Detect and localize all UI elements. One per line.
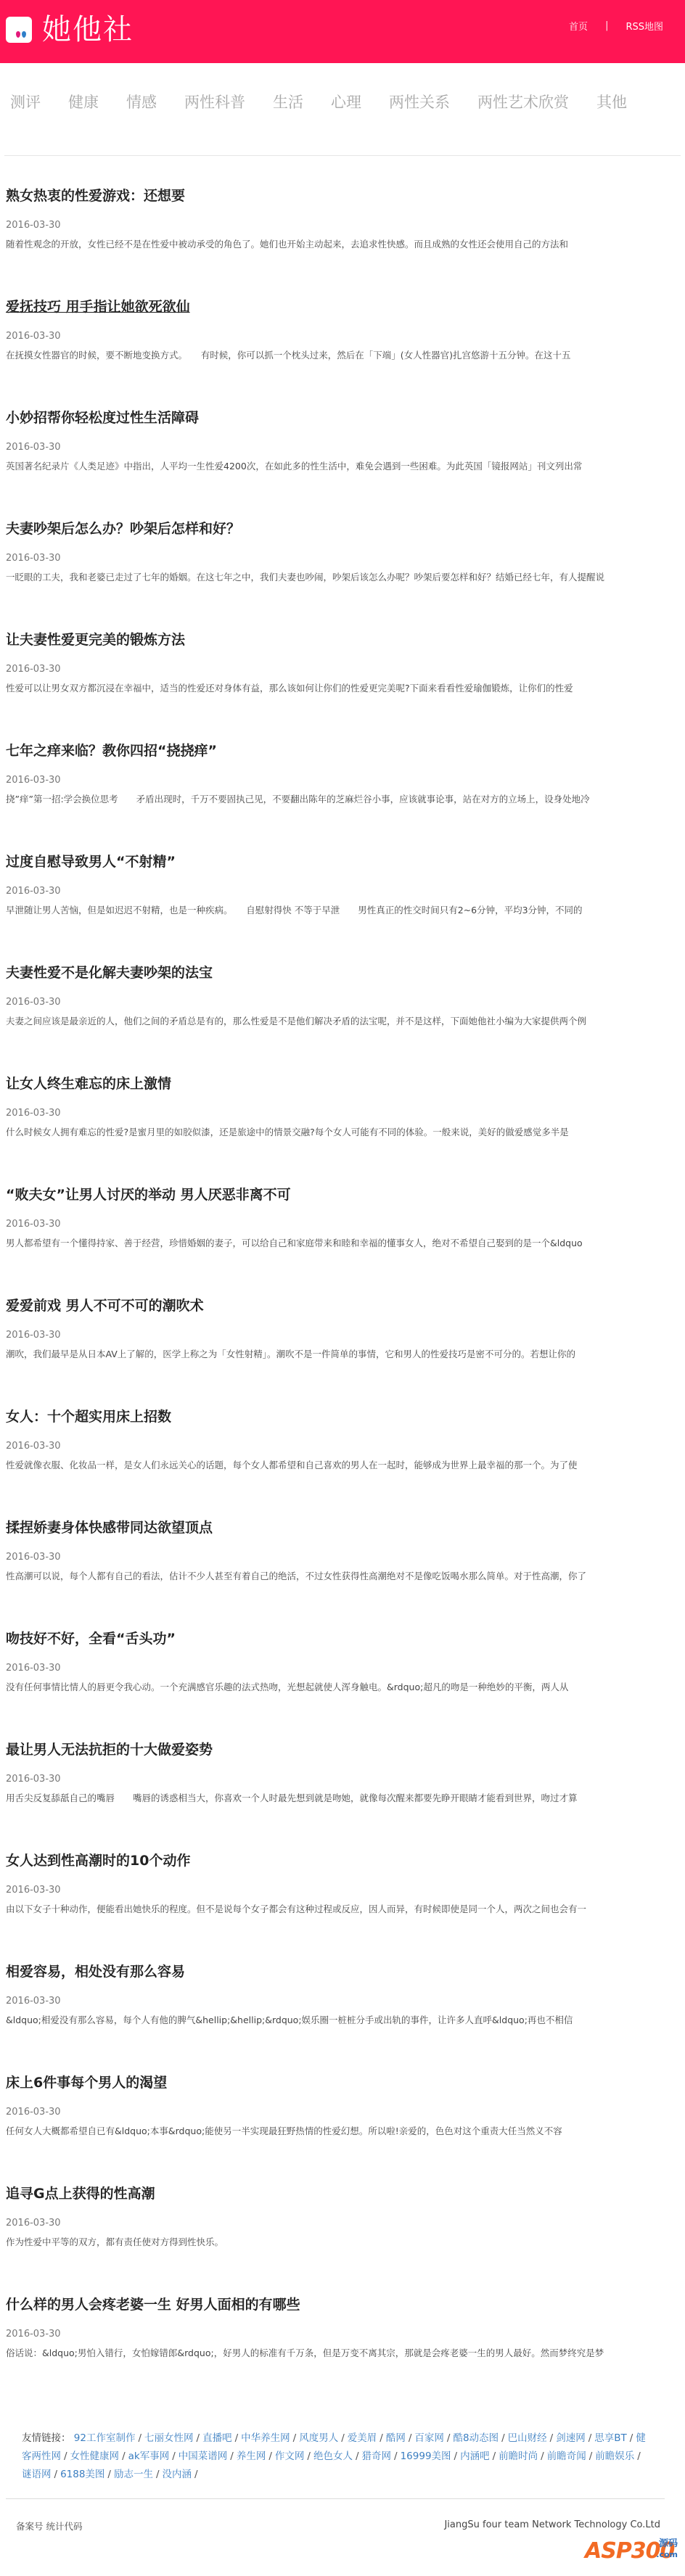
site-name: 她他社 [42,15,134,44]
article-summary: 作为性爱中平等的双方，都有责任使对方得到性快乐。 [6,2236,670,2248]
article-title-link[interactable]: 七年之痒来临？教你四招“挠挠痒” [6,740,217,762]
article-date: 2016-03-30 [6,2218,685,2229]
article-item: 揉捏娇妻身体快感带同达欲望顶点2016-03-30性高潮可以说，每个人都有自己的… [6,1517,685,1628]
link-separator: / [341,2432,345,2444]
article-title-link[interactable]: 追寻G点上获得的性高潮 [6,2183,155,2205]
article-title-link[interactable]: 让女人终生难忘的床上激情 [6,1073,171,1095]
article-item: 七年之痒来临？教你四招“挠挠痒”2016-03-30挠”痒”第一招:学会换位思考… [6,740,685,851]
article-title-link[interactable]: 过度自慰导致男人“不射精” [6,851,176,873]
friend-links-label: 友情链接： [22,2432,71,2444]
article-title-link[interactable]: 最让男人无法抗拒的十大做爱姿势 [6,1739,213,1761]
article-item: 女人：十个超实用床上招数2016-03-30性爱就像衣服、化妆品一样，是女人们永… [6,1406,685,1517]
nav-item-review[interactable]: 测评 [10,91,41,112]
top-links: 首页 | RSS地图 [569,19,663,33]
friend-link[interactable]: 女性健康网 [70,2451,120,2462]
link-separator: / [197,2432,200,2444]
article-item: 什么样的男人会疼老婆一生 好男人面相的有哪些2016-03-30俗话说：&ldq… [6,2294,685,2405]
article-title-link[interactable]: 床上6件事每个男人的渴望 [6,2072,167,2094]
site-logo[interactable]: 她他社 [6,15,134,44]
article-title-link[interactable]: “败夫女”让男人讨厌的举动 男人厌恶非离不可 [6,1184,291,1206]
friend-link[interactable]: 16999美图 [401,2451,451,2462]
friend-link[interactable]: 作文网 [275,2451,305,2462]
friend-link[interactable]: 中国菜谱网 [179,2451,228,2462]
site-header: 她他社 首页 | RSS地图 [0,0,685,63]
home-link[interactable]: 首页 [569,19,588,33]
article-date: 2016-03-30 [6,2107,685,2118]
link-separator: / [268,2451,272,2462]
article-item: 女人达到性高潮时的10个动作2016-03-30由以下女子十种动作，便能看出她快… [6,1850,685,1961]
nav-item-other[interactable]: 其他 [596,91,627,112]
friend-link[interactable]: 内涵吧 [460,2451,490,2462]
article-item: 让夫妻性爱更完美的锻炼方法2016-03-30性爱可以让男女双方都沉浸在幸福中，… [6,629,685,740]
nav-item-life[interactable]: 生活 [273,91,303,112]
article-item: 爱爱前戏 男人不可不可的潮吹术2016-03-30潮吹，我们最早是从日本AV上了… [6,1295,685,1406]
article-item: 熟女热衷的性爱游戏：还想要2016-03-30随着性观念的开放，女性已经不是在性… [6,185,685,296]
link-separator: / [637,2451,641,2462]
article-item: 最让男人无法抗拒的十大做爱姿势2016-03-30用舌尖反复舔舐自己的嘴唇 嘴唇… [6,1739,685,1850]
nav-item-sex-science[interactable]: 两性科普 [184,91,245,112]
article-title-link[interactable]: 女人：十个超实用床上招数 [6,1406,171,1428]
article-summary: 由以下女子十种动作，便能看出她快乐的程度。但不是说每个女子都会有这种过程或反应，… [6,1904,670,1915]
article-date: 2016-03-30 [6,886,685,897]
link-separator: / [394,2451,398,2462]
article-title-link[interactable]: 吻技好不好，全看“舌头功” [6,1628,176,1650]
article-summary: 男人都希望有一个懂得持家、善于经营，珍惜婚姻的妻子，可以给自己和家庭带来和睦和幸… [6,1238,670,1249]
link-separator: / [356,2451,359,2462]
article-date: 2016-03-30 [6,664,685,675]
article-summary: 用舌尖反复舔舐自己的嘴唇 嘴唇的诱惑相当大，你喜欢一个人时最先想到就是吻她，就像… [6,1793,670,1804]
article-summary: 在抚摸女性器官的时候，要不断地变换方式。 有时候，你可以抓一个枕头过来，然后在「… [6,350,670,361]
article-title-link[interactable]: 熟女热衷的性爱游戏：还想要 [6,185,185,207]
link-separator: / [447,2432,451,2444]
friend-link[interactable]: 百家网 [414,2432,444,2444]
link-separator: / [409,2432,412,2444]
link-separator: / [501,2432,505,2444]
footer-copyright: JiangSu four team Network Technology Co.… [444,2519,660,2530]
article-summary: 随着性观念的开放，女性已经不是在性爱中被动承受的角色了。她们也开始主动起来，去追… [6,239,670,250]
article-date: 2016-03-30 [6,220,685,231]
article-item: 小妙招帮你轻松度过性生活障碍2016-03-30英国著名纪录片《人类足迹》中指出… [6,407,685,518]
article-summary: 早泄随让男人苦恼，但是如迟迟不射精，也是一种疾病。 自慰射得快 不等于早泄 男性… [6,905,670,916]
friend-link[interactable]: ak军事网 [128,2451,170,2462]
page-footer: 备案号 统计代码 JiangSu four team Network Techn… [0,2499,685,2564]
article-summary: 挠”痒”第一招:学会换位思考 矛盾出现时，千万不要固执己见，不要翻出陈年的芝麻烂… [6,794,670,805]
friend-link[interactable]: 6188美图 [60,2469,104,2480]
article-date: 2016-03-30 [6,2329,685,2340]
friend-link[interactable]: 92工作室制作 [74,2432,136,2444]
top-links-separator: | [605,20,608,31]
article-title-link[interactable]: 相爱容易，相处没有那么容易 [6,1961,185,1983]
article-item: 让女人终生难忘的床上激情2016-03-30什么时候女人拥有难忘的性爱?是蜜月里… [6,1073,685,1184]
article-date: 2016-03-30 [6,1330,685,1341]
friend-link[interactable]: 中华养生网 [241,2432,290,2444]
link-separator: / [107,2469,111,2480]
friend-link[interactable]: 剑速网 [556,2432,586,2444]
friend-link[interactable]: 直播吧 [202,2432,232,2444]
nav-item-health[interactable]: 健康 [68,91,99,112]
link-separator: / [380,2432,383,2444]
article-title-link[interactable]: 爱抚技巧 用手指让她欲死欲仙 [6,296,190,318]
article-date: 2016-03-30 [6,775,685,786]
link-separator: / [454,2451,458,2462]
article-date: 2016-03-30 [6,1219,685,1230]
friend-link[interactable]: 养生网 [237,2451,266,2462]
quote-logo-icon [6,17,32,43]
article-title-link[interactable]: 女人达到性高潮时的10个动作 [6,1850,190,1872]
link-separator: / [138,2432,141,2444]
link-separator: / [235,2432,239,2444]
friend-link[interactable]: 前瞻娱乐 [595,2451,634,2462]
link-separator: / [550,2432,554,2444]
article-item: 夫妻吵架后怎么办？吵架后怎样和好？2016-03-30一眨眼的工夫，我和老婆已走… [6,518,685,629]
link-separator: / [589,2451,593,2462]
link-separator: / [630,2432,633,2444]
article-date: 2016-03-30 [6,553,685,564]
friend-link[interactable]: 巴山财经 [508,2432,547,2444]
article-date: 2016-03-30 [6,1108,685,1119]
article-date: 2016-03-30 [6,1552,685,1563]
article-date: 2016-03-30 [6,997,685,1008]
article-title-link[interactable]: 小妙招帮你轻松度过性生活障碍 [6,407,199,429]
friend-link[interactable]: 前瞻奇闻 [547,2451,586,2462]
article-date: 2016-03-30 [6,331,685,342]
article-summary: 性爱可以让男女双方都沉浸在幸福中，适当的性爱还对身体有益，那么该如何让你们的性爱… [6,683,670,694]
article-item: “败夫女”让男人讨厌的举动 男人厌恶非离不可2016-03-30男人都希望有一个… [6,1184,685,1295]
article-date: 2016-03-30 [6,1885,685,1896]
link-separator: / [172,2451,176,2462]
article-date: 2016-03-30 [6,1663,685,1674]
friend-link[interactable]: 谜语网 [22,2469,52,2480]
category-nav: 测评 健康 情感 两性科普 生活 心理 两性关系 两性艺术欣赏 其他 [4,63,681,156]
article-summary: 性爱就像衣服、化妆品一样，是女人们永远关心的话题，每个女人都希望和自己喜欢的男人… [6,1460,670,1471]
article-title-link[interactable]: 揉捏娇妻身体快感带同达欲望顶点 [6,1517,213,1539]
article-date: 2016-03-30 [6,1441,685,1452]
article-title-link[interactable]: 夫妻吵架后怎么办？吵架后怎样和好？ [6,518,240,540]
nav-item-emotion[interactable]: 情感 [126,91,157,112]
footer-icp-stats: 备案号 统计代码 [16,2519,82,2532]
article-item: 相爱容易，相处没有那么容易2016-03-30&ldquo;相爱没有那么容易，每… [6,1961,685,2072]
article-date: 2016-03-30 [6,1996,685,2007]
friend-link[interactable]: 爱美眉 [348,2432,377,2444]
friend-link[interactable]: 思享BT [594,2432,627,2444]
friend-link[interactable]: 酷8动态图 [453,2432,499,2444]
link-separator: / [307,2451,311,2462]
article-date: 2016-03-30 [6,442,685,453]
article-title-link[interactable]: 让夫妻性爱更完美的锻炼方法 [6,629,185,651]
link-separator: / [156,2469,160,2480]
article-title-link[interactable]: 什么样的男人会疼老婆一生 好男人面相的有哪些 [6,2294,300,2316]
friend-link[interactable]: 励志一生 [114,2469,153,2480]
friend-link[interactable]: 没内涵 [163,2469,192,2480]
article-summary: 什么时候女人拥有难忘的性爱?是蜜月里的如胶似漆，还是旅途中的情景交融?每个女人可… [6,1127,670,1138]
article-list: 熟女热衷的性爱游戏：还想要2016-03-30随着性观念的开放，女性已经不是在性… [0,156,685,2405]
article-summary: 没有任何事情比情人的唇更令我心动。一个充满感官乐趣的法式热吻，光想起就使人浑身触… [6,1682,670,1693]
article-summary: 夫妻之间应该是最亲近的人，他们之间的矛盾总是有的，那么性爱是不是他们解决矛盾的法… [6,1016,670,1027]
link-separator: / [194,2469,198,2480]
article-summary: 任何女人大概都希望自已有&ldquo;本事&rdquo;能使另一半实现最狂野热情… [6,2126,670,2137]
nav-item-relationships[interactable]: 两性关系 [389,91,450,112]
article-item: 追寻G点上获得的性高潮2016-03-30作为性爱中平等的双方，都有责任使对方得… [6,2183,685,2294]
article-item: 夫妻性爱不是化解夫妻吵架的法宝2016-03-30夫妻之间应该是最亲近的人，他们… [6,962,685,1073]
article-title-link[interactable]: 夫妻性爱不是化解夫妻吵架的法宝 [6,962,213,984]
article-summary: 俗话说：&ldquo;男怕入错行，女怕嫁错郎&rdquo;，好男人的标准有千万条… [6,2347,670,2359]
article-summary: 潮吹，我们最早是从日本AV上了解的，医学上称之为「女性射精」。潮吹不是一件简单的… [6,1349,670,1360]
link-separator: / [293,2432,297,2444]
link-separator: / [54,2469,58,2480]
friend-link[interactable]: 七丽女性网 [144,2432,194,2444]
nav-item-psychology[interactable]: 心理 [331,91,361,112]
rss-map-link[interactable]: RSS地图 [625,19,663,33]
friend-link[interactable]: 风度男人 [299,2432,338,2444]
link-separator: / [64,2451,67,2462]
link-separator: / [122,2451,126,2462]
article-item: 爱抚技巧 用手指让她欲死欲仙2016-03-30在抚摸女性器官的时候，要不断地变… [6,296,685,407]
article-date: 2016-03-30 [6,1774,685,1785]
article-summary: &ldquo;相爱没有那么容易，每个人有他的脾气&hellip;&hellip;… [6,2015,670,2026]
article-summary: 一眨眼的工夫，我和老婆已走过了七年的婚姻。在这七年之中，我们夫妻也吵闹，吵架后该… [6,572,670,583]
link-separator: / [493,2451,496,2462]
article-item: 过度自慰导致男人“不射精”2016-03-30早泄随让男人苦恼，但是如迟迟不射精… [6,851,685,962]
link-separator: / [230,2451,234,2462]
link-separator: / [588,2432,592,2444]
article-title-link[interactable]: 爱爱前戏 男人不可不可的潮吹术 [6,1295,204,1317]
nav-item-art[interactable]: 两性艺术欣赏 [477,91,569,112]
article-summary: 性高潮可以说，每个人都有自己的看法，估计不少人甚至有着自己的绝活，不过女性获得性… [6,1571,670,1582]
asp300-watermark-logo: ASP300 源码 .com [585,2532,679,2563]
friend-link[interactable]: 猎奇网 [362,2451,392,2462]
friend-link[interactable]: 绝色女人 [313,2451,353,2462]
friend-link[interactable]: 酷网 [386,2432,406,2444]
friend-link[interactable]: 前瞻时尚 [499,2451,538,2462]
article-item: 吻技好不好，全看“舌头功”2016-03-30没有任何事情比情人的唇更令我心动。… [6,1628,685,1739]
link-separator: / [541,2451,544,2462]
friend-links: 友情链接： 92工作室制作/七丽女性网/直播吧/中华养生网/风度男人/爱美眉/酷… [6,2419,665,2499]
article-summary: 英国著名纪录片《人类足迹》中指出，人平均一生性爱4200次，在如此多的性生活中，… [6,461,670,472]
article-item: 床上6件事每个男人的渴望2016-03-30任何女人大概都希望自已有&ldquo… [6,2072,685,2183]
